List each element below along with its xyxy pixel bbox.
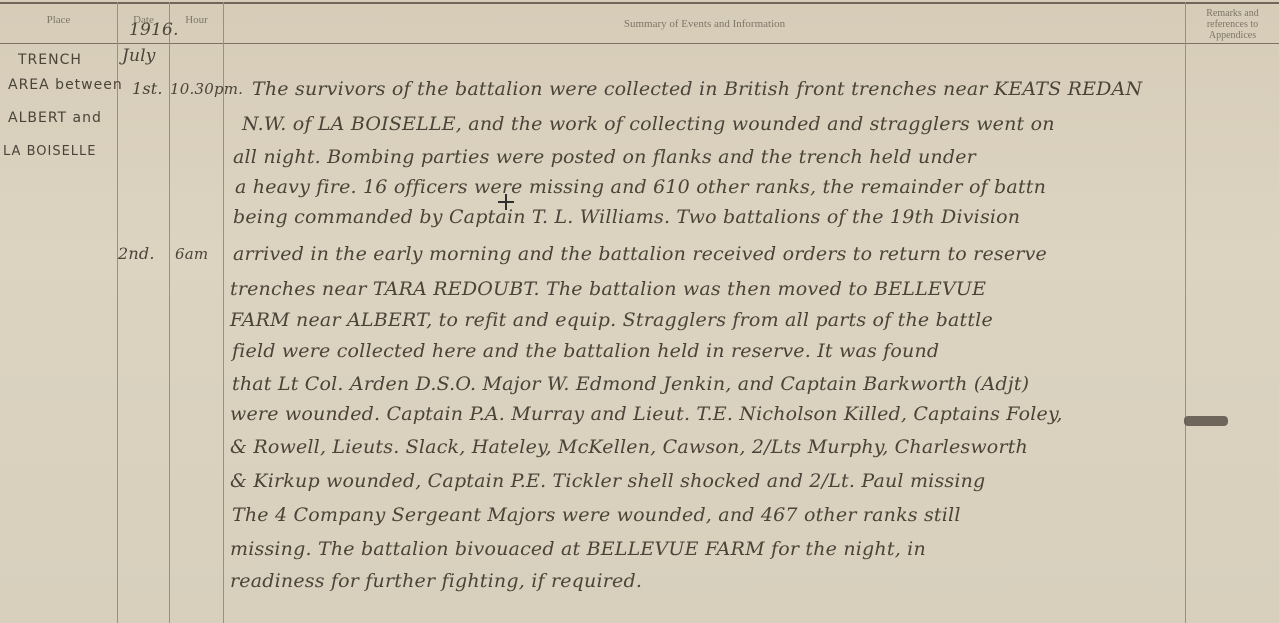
summary-line: trenches near TARA REDOUBT. The battalio…	[230, 278, 986, 300]
header-rule	[0, 43, 1279, 44]
summary-line: & Rowell, Lieuts. Slack, Hateley, McKell…	[230, 436, 1028, 458]
date-entry: 1st.	[132, 79, 163, 98]
place-line: ALBERT and	[8, 110, 102, 126]
summary-line: N.W. of LA BOISELLE, and the work of col…	[242, 113, 1055, 135]
place-line: LA BOISELLE	[3, 144, 97, 159]
summary-line: The survivors of the battalion were coll…	[252, 78, 1142, 100]
place-line: TRENCH	[18, 52, 82, 68]
top-rule	[0, 2, 1279, 4]
summary-line: missing. The battalion bivouaced at BELL…	[230, 538, 926, 560]
crosshair-cursor-icon	[498, 194, 514, 210]
header-remarks-line: Appendices	[1186, 30, 1279, 41]
place-line: AREA between	[8, 77, 123, 93]
header-summary: Summary of Events and Information	[224, 18, 1185, 30]
summary-line: were wounded. Captain P.A. Murray and Li…	[230, 403, 1063, 425]
column-divider-summary	[1185, 2, 1186, 623]
date-entry: 2nd.	[118, 244, 155, 263]
summary-line: a heavy fire. 16 officers were missing a…	[235, 176, 1046, 198]
summary-line: arrived in the early morning and the bat…	[233, 243, 1047, 265]
date-year: 1916.	[129, 20, 179, 40]
ink-scribble	[1184, 416, 1228, 426]
header-place: Place	[0, 14, 117, 26]
column-divider-place	[117, 2, 118, 623]
war-diary-page: Place Date Hour Summary of Events and In…	[0, 0, 1279, 623]
hour-entry: 6am	[175, 245, 208, 263]
summary-line: being commanded by Captain T. L. William…	[233, 206, 1020, 228]
summary-line: FARM near ALBERT, to refit and equip. St…	[230, 309, 993, 331]
header-remarks-line: Remarks and	[1186, 8, 1279, 19]
summary-line: readiness for further fighting, if requi…	[230, 570, 642, 592]
summary-line: field were collected here and the battal…	[232, 340, 939, 362]
header-remarks: Remarks and references to Appendices	[1186, 8, 1279, 41]
header-remarks-line: references to	[1186, 19, 1279, 30]
date-month: July	[122, 46, 156, 66]
summary-line: The 4 Company Sergeant Majors were wound…	[232, 504, 961, 526]
summary-line: that Lt Col. Arden D.S.O. Major W. Edmon…	[232, 373, 1029, 395]
summary-line: & Kirkup wounded, Captain P.E. Tickler s…	[230, 470, 985, 492]
summary-line: all night. Bombing parties were posted o…	[233, 146, 976, 168]
hour-entry: 10.30pm.	[170, 80, 243, 98]
